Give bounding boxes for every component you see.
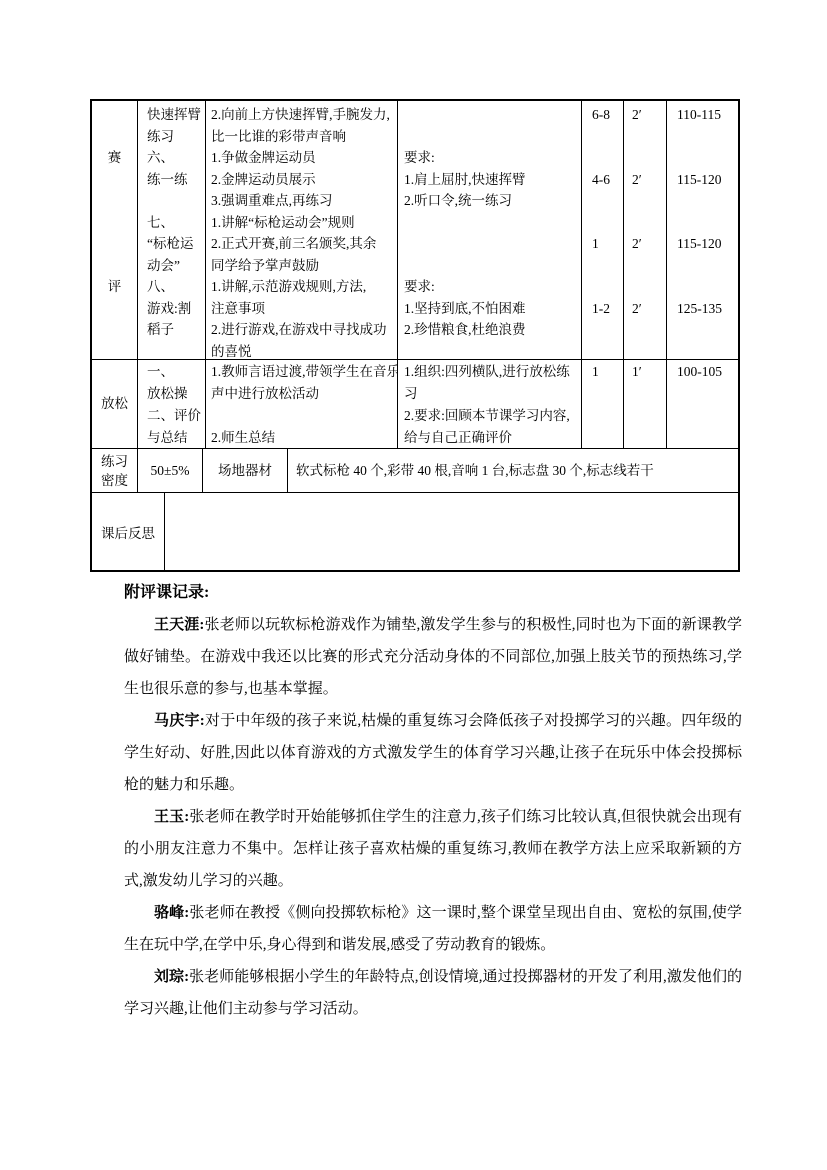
practice-density-label: 练习 密度 (92, 449, 137, 492)
requirements-cell: 1.组织:四列横队,进行放松练 习 2.要求:回顾本节课学习内容, 给与自己正确… (397, 360, 581, 448)
requirements-cell: 要求: 1.肩上屈肘,快速挥臂 2.听口令,统一练习 要求: 1.坚持到底,不怕… (397, 101, 581, 359)
heart-rate-cell: 100-105 (666, 360, 738, 448)
evaluator-name: 骆峰: (154, 905, 189, 921)
equipment-value: 软式标枪 40 个,彩带 40 根,音响 1 台,标志盘 30 个,标志线若干 (287, 449, 738, 492)
evaluator-name: 王玉: (154, 809, 189, 825)
duration-cell: 2′ 2′ 2′ 2′ (623, 101, 666, 359)
lesson-plan-table: 赛 评 快速挥臂 练习 六、 练一练 七、 “标枪运 动会” 八、 游戏:割 稻… (90, 99, 740, 572)
duration-cell: 1′ (623, 360, 666, 448)
table-row-practice-density: 练习 密度 50±5% 场地器材 软式标枪 40 个,彩带 40 根,音响 1 … (92, 449, 738, 493)
document-page: 赛 评 快速挥臂 练习 六、 练一练 七、 “标枪运 动会” 八、 游戏:割 稻… (0, 0, 827, 1170)
heart-rate-cell: 110-115 115-120 115-120 125-135 (666, 101, 738, 359)
stage-label-cell: 放松 (92, 360, 137, 448)
activity-list-cell: 一、 放松操 二、评价 与总结 (137, 360, 205, 448)
reflection-content (164, 493, 738, 570)
times-cell: 1 (581, 360, 623, 448)
evaluation-notes-section: 附评课记录: 王天涯:张老师以玩软标枪游戏作为铺垫,激发学生参与的积极性,同时也… (124, 577, 742, 1025)
evaluation-comment: 王天涯:张老师以玩软标枪游戏作为铺垫,激发学生参与的积极性,同时也为下面的新课教… (124, 609, 742, 705)
evaluator-name: 刘琮: (154, 969, 189, 985)
evaluator-comment-text: 张老师在教授《侧向投掷软标枪》这一课时,整个课堂呈现出自由、宽松的氛围,使学生在… (124, 905, 742, 953)
evaluator-name: 王天涯: (154, 617, 204, 633)
evaluation-comment: 骆峰:张老师在教授《侧向投掷软标枪》这一课时,整个课堂呈现出自由、宽松的氛围,使… (124, 897, 742, 961)
evaluator-name: 马庆宇: (154, 713, 205, 729)
practice-density-value: 50±5% (137, 449, 202, 492)
evaluation-notes-heading: 附评课记录: (124, 577, 742, 609)
table-row-after-class-reflection: 课后反思 (92, 493, 738, 570)
stage-label-cell: 赛 评 (92, 101, 137, 359)
table-row-competition-evaluation: 赛 评 快速挥臂 练习 六、 练一练 七、 “标枪运 动会” 八、 游戏:割 稻… (92, 101, 738, 360)
evaluation-comment: 刘琮:张老师能够根据小学生的年龄特点,创设情境,通过投掷器材的开发了利用,激发他… (124, 961, 742, 1025)
evaluator-comment-text: 张老师以玩软标枪游戏作为铺垫,激发学生参与的积极性,同时也为下面的新课教学做好铺… (124, 617, 742, 697)
reflection-label: 课后反思 (92, 493, 164, 570)
equipment-label: 场地器材 (202, 449, 287, 492)
evaluator-comment-text: 张老师能够根据小学生的年龄特点,创设情境,通过投掷器材的开发了利用,激发他们的学… (124, 969, 742, 1017)
teaching-steps-cell: 2.向前上方快速挥臂,手腕发力, 比一比谁的彩带声音响 1.争做金牌运动员 2.… (205, 101, 397, 359)
evaluator-comment-text: 对于中年级的孩子来说,枯燥的重复练习会降低孩子对投掷学习的兴趣。四年级的学生好动… (124, 713, 742, 793)
evaluator-comment-text: 张老师在教学时开始能够抓住学生的注意力,孩子们练习比较认真,但很快就会出现有的小… (124, 809, 742, 889)
evaluation-comment: 马庆宇:对于中年级的孩子来说,枯燥的重复练习会降低孩子对投掷学习的兴趣。四年级的… (124, 705, 742, 801)
activity-list-cell: 快速挥臂 练习 六、 练一练 七、 “标枪运 动会” 八、 游戏:割 稻子 (137, 101, 205, 359)
evaluation-comment: 王玉:张老师在教学时开始能够抓住学生的注意力,孩子们练习比较认真,但很快就会出现… (124, 801, 742, 897)
teaching-steps-cell: 1.教师言语过渡,带领学生在音乐 声中进行放松活动 2.师生总结 (205, 360, 397, 448)
table-row-relaxation: 放松 一、 放松操 二、评价 与总结 1.教师言语过渡,带领学生在音乐 声中进行… (92, 360, 738, 449)
times-cell: 6-8 4-6 1 1-2 (581, 101, 623, 359)
